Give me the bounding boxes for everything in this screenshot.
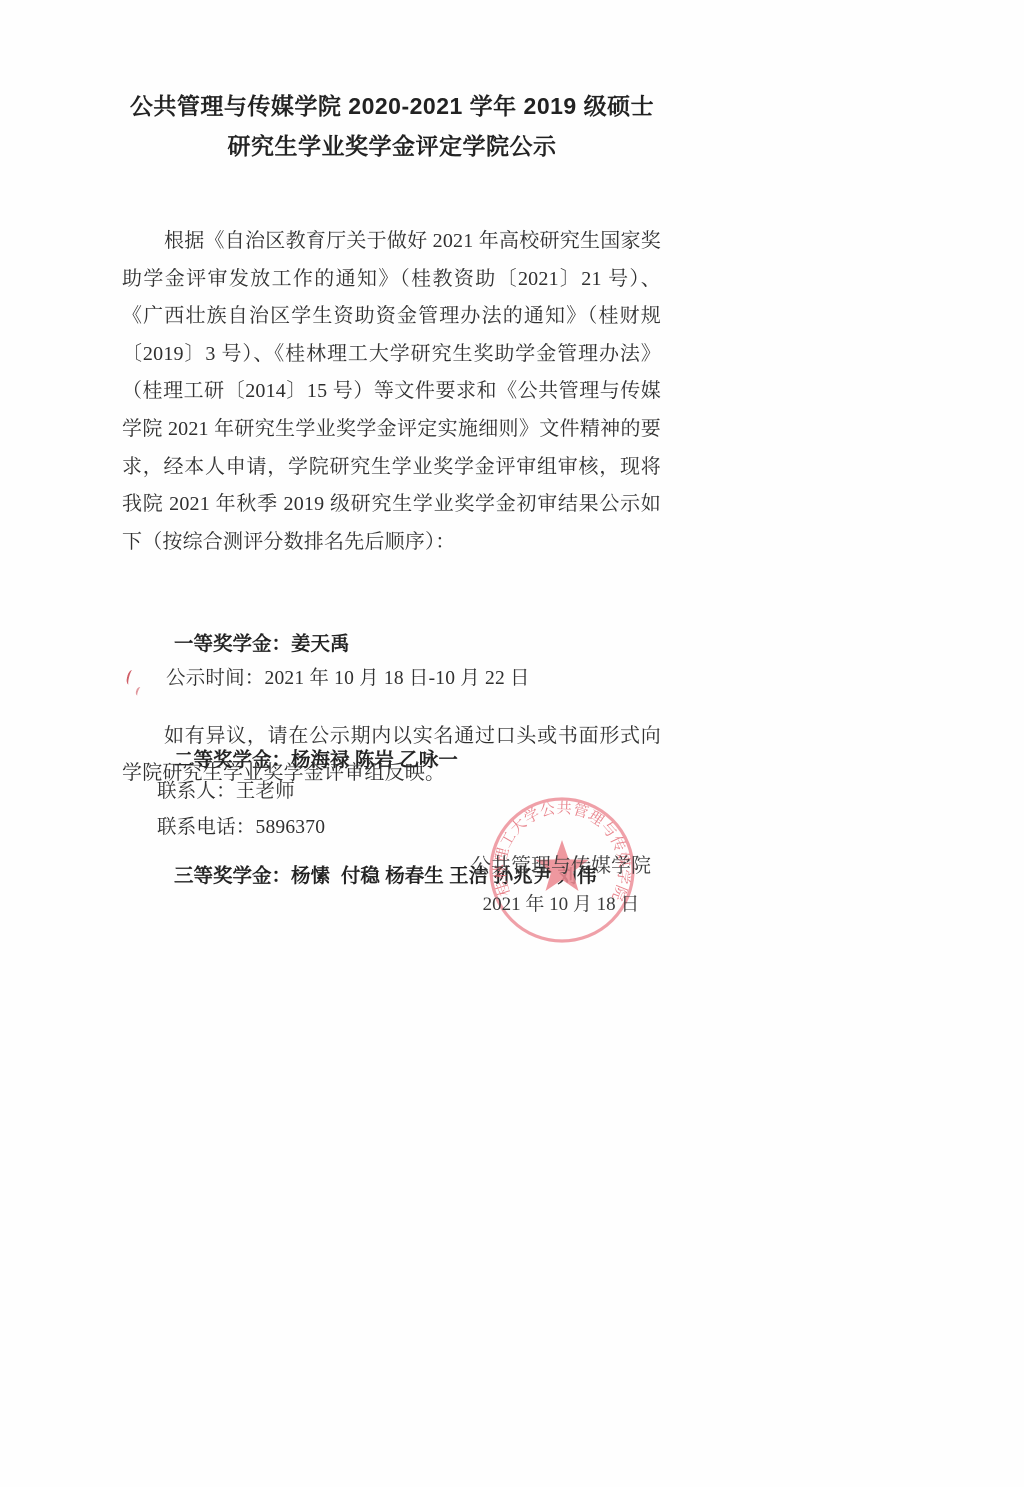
document-title-line1: 公共管理与传媒学院 2020-2021 学年 2019 级硕士	[122, 86, 662, 126]
publicity-period: 公示时间：2021 年 10 月 18 日-10 月 22 日	[166, 662, 530, 690]
document-title: 公共管理与传媒学院 2020-2021 学年 2019 级硕士 研究生学业奖学金…	[122, 86, 662, 166]
contact-phone: 联系电话：5896370	[157, 811, 325, 839]
contact-person: 联系人：王老师	[157, 775, 295, 803]
document-page: 公共管理与传媒学院 2020-2021 学年 2019 级硕士 研究生学业奖学金…	[0, 0, 1024, 1487]
red-pen-mark	[125, 669, 135, 685]
document-title-line2: 研究生学业奖学金评定学院公示	[122, 126, 662, 166]
signature-organization: 公共管理与传媒学院	[466, 849, 656, 878]
signature-date: 2021 年 10 月 18 日	[466, 889, 656, 916]
intro-paragraph: 根据《自治区教育厅关于做好 2021 年高校研究生国家奖助学金评审发放工作的通知…	[122, 223, 661, 561]
red-pen-mark-small	[135, 686, 144, 697]
award-first-class: 一等奖学金：姜天禹	[174, 625, 597, 664]
